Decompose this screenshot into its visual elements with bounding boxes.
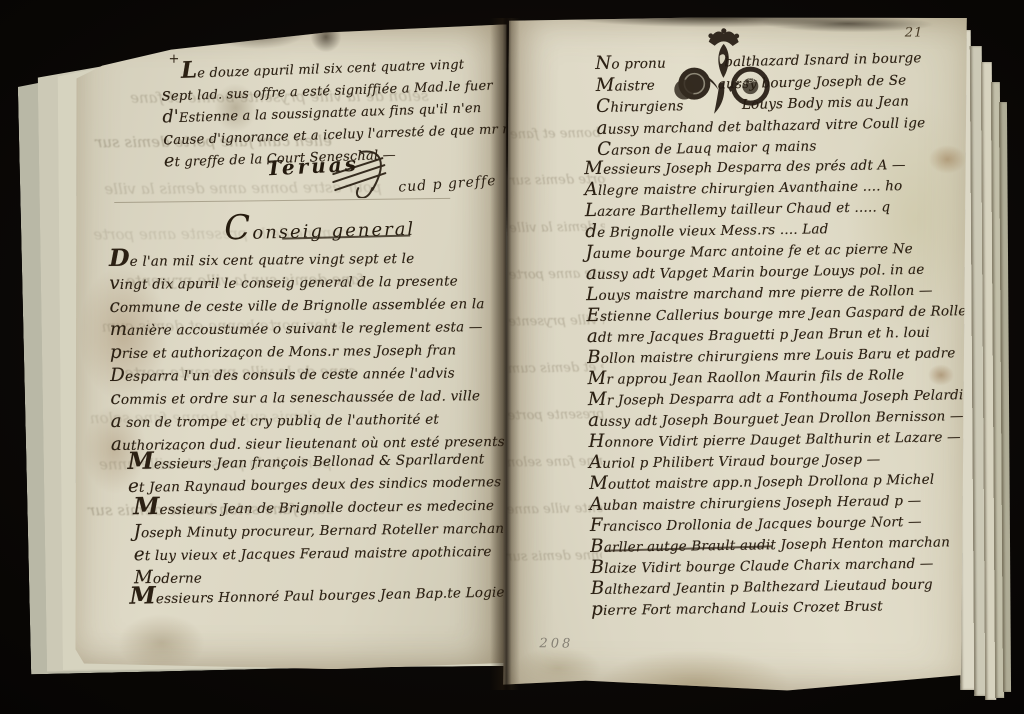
right-text-block-2: Messieurs Joseph Desparra des prés adt A… <box>584 154 947 622</box>
manuscript-line: commis et ordre sur a la seneschaussée d… <box>110 384 498 411</box>
pencil-page-number: 208 <box>539 636 573 651</box>
signature-paraph-icon <box>330 146 394 202</box>
ghost-line: selon de la ville prysente bonne et fane <box>510 124 606 142</box>
left-paragraph-3: Messieurs Jean françois Bellonad & Sparl… <box>127 445 498 499</box>
manuscript-photo: selon de la ville prysente bonne et fane… <box>0 0 1024 714</box>
signature-note: cud p greffe <box>398 173 497 196</box>
section-heading: Conseig general <box>224 204 416 249</box>
faint-rule <box>114 198 450 203</box>
manuscript-line: et luy vieux et Jacques Feraud maistre a… <box>134 540 504 568</box>
fiscal-stamp-icon: VN SOL <box>666 25 781 122</box>
left-paragraph-2: De l'an mil six cent quatre vingt sept e… <box>109 244 499 457</box>
left-folio-number-faint: 202 <box>93 40 120 53</box>
book-gutter-shadow <box>490 18 520 690</box>
right-page: selon de la ville prysente bonne et fane… <box>503 14 967 692</box>
left-paragraph-4: Messieurs Jean de Brignolle docteur es m… <box>133 492 504 591</box>
right-folio-number: 21 <box>905 25 924 40</box>
manuscript-line: pierre Fort marchand Louis Crozet Brust <box>591 594 947 621</box>
left-page: selon de la ville prysente bonne et fane… <box>75 24 506 670</box>
